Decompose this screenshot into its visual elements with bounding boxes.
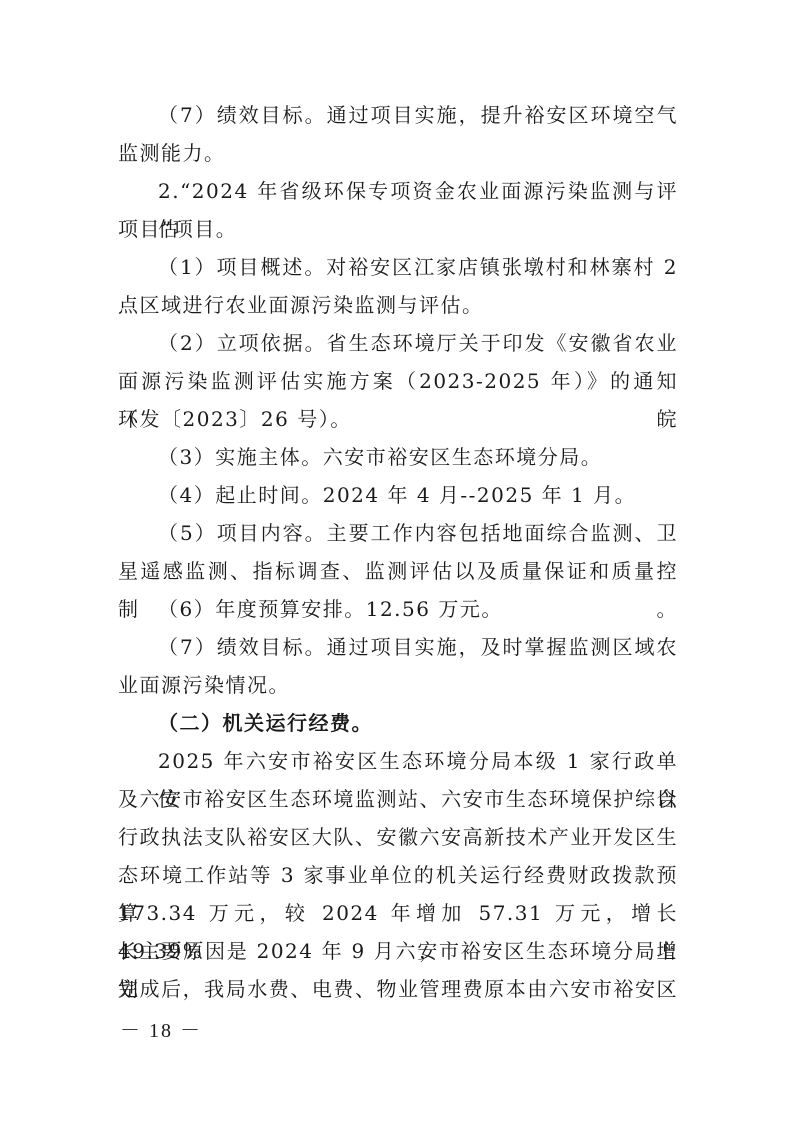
line-basis-cont: 面源污染监测评估实施方案（2023-2025 年）》的通知（皖 <box>118 362 678 400</box>
line-basis: （2）立项依据。省生态环境厅关于印发《安徽省农业 <box>118 324 678 362</box>
line-overview: （1）项目概述。对裕安区江家店镇张墩村和林寨村 2 <box>118 248 678 286</box>
line-goal-7a-cont: 监测能力。 <box>118 134 678 172</box>
line-expenses-6: 长主要原因是 2024 年 9 月六安市裕安区生态环境分局上划 <box>118 932 678 970</box>
document-body: （7）绩效目标。通过项目实施，提升裕安区环境空气 监测能力。 2.“2024 年… <box>118 96 678 1008</box>
line-content-cont: 星遥感监测、指标调查、监测评估以及质量保证和质量控制。 <box>118 552 678 590</box>
line-expenses-1: 2025 年六安市裕安区生态环境分局本级 1 家行政单位以 <box>118 742 678 780</box>
line-expenses-7: 完成后，我局水费、电费、物业管理费原本由六安市裕安区 <box>118 970 678 1008</box>
line-goal-7b-cont: 业面源污染情况。 <box>118 666 678 704</box>
page-number: － 18 － <box>120 1014 202 1043</box>
section-heading-operating-expenses: （二）机关运行经费。 <box>118 704 678 742</box>
line-expenses-5: 173.34 万元，较 2024 年增加 57.31 万元，增长 49.39%，… <box>118 894 678 932</box>
line-expenses-4: 态环境工作站等 3 家事业单位的机关运行经费财政拨款预算 <box>118 856 678 894</box>
line-period: （4）起止时间。2024 年 4 月--2025 年 1 月。 <box>118 476 678 514</box>
line-expenses-3: 行政执法支队裕安区大队、安徽六安高新技术产业开发区生 <box>118 818 678 856</box>
line-goal-7a: （7）绩效目标。通过项目实施，提升裕安区环境空气 <box>118 96 678 134</box>
line-project-2-title-cont: 项目”项目。 <box>118 210 678 248</box>
line-content: （5）项目内容。主要工作内容包括地面综合监测、卫 <box>118 514 678 552</box>
line-implementer: （3）实施主体。六安市裕安区生态环境分局。 <box>118 438 678 476</box>
line-expenses-2: 及六安市裕安区生态环境监测站、六安市生态环境保护综合 <box>118 780 678 818</box>
line-goal-7b: （7）绩效目标。通过项目实施，及时掌握监测区域农 <box>118 628 678 666</box>
line-project-2-title: 2.“2024 年省级环保专项资金农业面源污染监测与评估 <box>118 172 678 210</box>
line-overview-cont: 点区域进行农业面源污染监测与评估。 <box>118 286 678 324</box>
